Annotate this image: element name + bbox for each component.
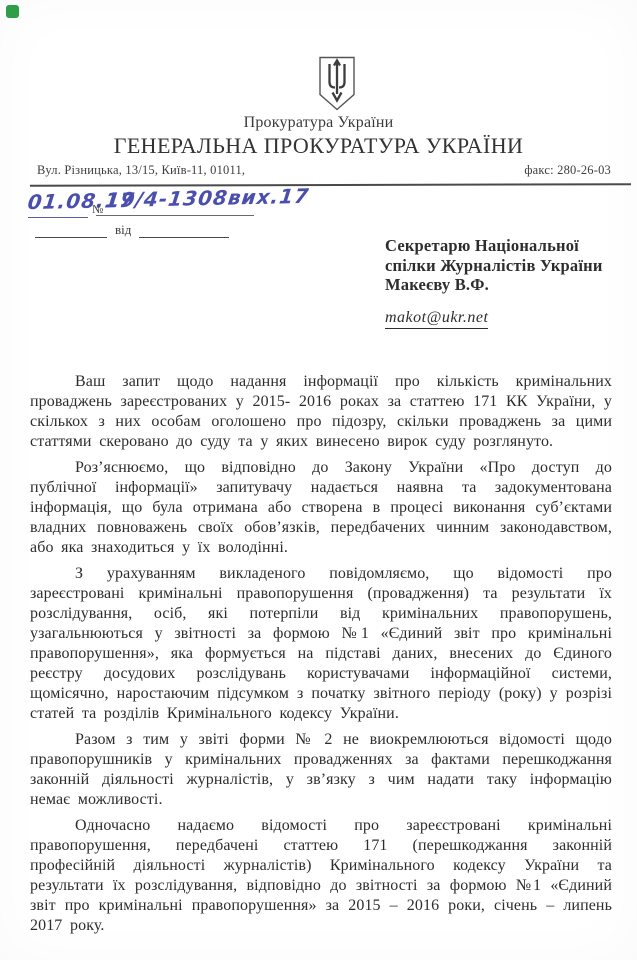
body-paragraph-2: Роз’яснюємо, що відповідно до Закону Укр…: [30, 458, 612, 558]
number-underline: [96, 215, 254, 216]
org-name-small: Прокуратура України: [0, 114, 637, 132]
recipient-line: спілки Журналістів України: [385, 256, 603, 276]
fax-text: факс: 280-26-03: [524, 163, 611, 178]
recipient-block: Секретарю Національної спілки Журналісті…: [385, 236, 603, 295]
letter-body: Ваш запит щодо надання інформації про кі…: [30, 372, 612, 942]
green-corner-marker: [6, 5, 19, 18]
date-underline: [28, 217, 88, 218]
body-paragraph-3: З урахуванням викладеного повідомляємо, …: [30, 564, 612, 724]
from-label: від: [115, 222, 131, 238]
body-paragraph-1: Ваш запит щодо надання інформації про кі…: [30, 372, 612, 452]
tryzub-emblem-icon: [318, 56, 356, 111]
scanned-letter-page: Прокуратура України ГЕНЕРАЛЬНА ПРОКУРАТУ…: [0, 0, 637, 960]
body-paragraph-5: Одночасно надаємо відомості про зареєстр…: [30, 816, 612, 936]
from-blank-left: [35, 224, 107, 238]
recipient-email: makot@ukr.net: [385, 309, 488, 329]
address-row: Вул. Різницька, 13/15, Київ-11, 01011, ф…: [37, 163, 611, 178]
handwritten-number: 19/4-1308вих.17: [104, 184, 310, 212]
address-text: Вул. Різницька, 13/15, Київ-11, 01011,: [37, 163, 245, 178]
from-line: від: [35, 222, 229, 238]
from-blank-right: [139, 224, 229, 238]
body-paragraph-4: Разом з тим у звіті форми № 2 не виокрем…: [30, 730, 612, 810]
recipient-line: Макеєву В.Ф.: [385, 275, 603, 295]
org-name-main: ГЕНЕРАЛЬНА ПРОКУРАТУРА УКРАЇНИ: [0, 133, 637, 159]
recipient-line: Секретарю Національної: [385, 236, 603, 256]
